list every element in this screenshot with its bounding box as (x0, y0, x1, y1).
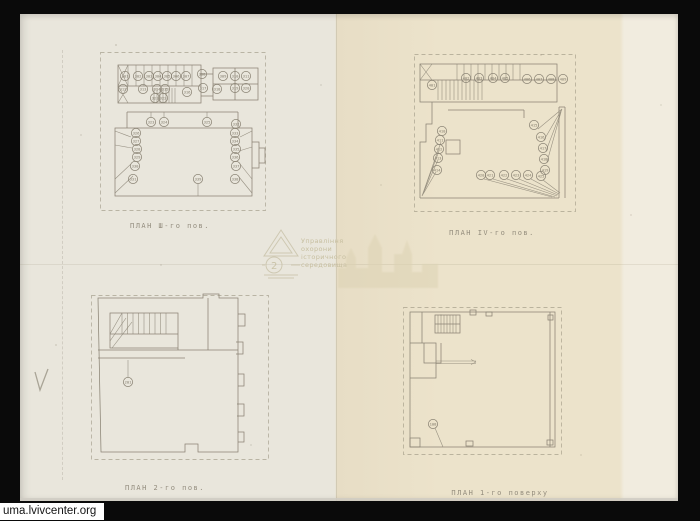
floor-plan-1st-floor-drawing: 108 (400, 300, 580, 462)
room-number: 425 (538, 173, 545, 178)
right-fan-leaders (239, 131, 252, 193)
plan-2nd-floor-caption: ПЛАН 2-го пов. (105, 484, 225, 492)
room-number: 401 (429, 82, 437, 87)
room-number: 309 (220, 73, 228, 78)
room-number: 330 (132, 163, 140, 168)
room-number: 402 (463, 75, 470, 80)
entry-bay (252, 142, 265, 168)
room-number: 338 (232, 176, 240, 181)
plan-walls (410, 310, 555, 447)
room-number: 311 (243, 73, 251, 78)
room-number: 324 (161, 119, 169, 124)
room-number: 315 (162, 86, 169, 91)
room-number: 408 (548, 76, 556, 81)
scan-viewport: 3013023033043053063073083093103113123133… (0, 0, 700, 521)
room-number: 421 (487, 172, 495, 177)
room-number: 409 (560, 76, 568, 81)
room-number: 414 (434, 167, 442, 172)
room-number: 422 (501, 172, 508, 177)
archive-watermark: uma.lvivcenter.org (0, 503, 104, 520)
room-number: 334 (232, 138, 240, 143)
room-number: 337 (233, 163, 240, 168)
room-number: 412 (436, 146, 443, 151)
room-number: 404 (490, 75, 498, 80)
room-number: 327 (133, 138, 140, 143)
floor-plan-4th-floor-drawing: 4014024034044054064074084094104114124134… (412, 52, 584, 220)
room-number: 314 (154, 86, 162, 91)
bottom-fan-leaders (484, 179, 560, 197)
room-number: 323 (148, 119, 155, 124)
room-number: 304 (155, 73, 163, 78)
floor-plan-1st-floor: 108 (400, 300, 580, 462)
floor-plan-4th-floor: 4014024034044054064074084094104114124134… (412, 52, 584, 220)
floor-plan-2nd-floor: 201 (88, 292, 273, 467)
room-number-markers: 108 (428, 419, 437, 428)
plan-dashed-border (404, 308, 562, 455)
room-number: 331 (130, 176, 138, 181)
room-number: 328 (134, 146, 142, 151)
room-number: 413 (435, 155, 442, 160)
room-number: 319 (232, 85, 240, 90)
room-number-markers: 3013023033043053063073083093103113123133… (118, 69, 250, 183)
room-number: 406 (524, 76, 532, 81)
room-number: 403 (476, 75, 483, 80)
winder-steps (110, 313, 132, 348)
room-number: 320 (243, 85, 251, 90)
room-number: 415 (531, 122, 538, 127)
stamp-numeral: 2 (271, 261, 277, 272)
room-number: 325 (204, 119, 211, 124)
heritage-office-stamp-icon: 2 (260, 226, 302, 280)
floor-plan-3rd-floor: 3013023033043053063073083093103113123133… (98, 48, 270, 216)
room-number: 333 (232, 130, 239, 135)
margin-guide-line (62, 50, 63, 480)
stair-hatch (438, 80, 482, 100)
plan-4th-floor-caption: ПЛАН ІV-го пов. (432, 229, 552, 237)
left-fan-leaders (115, 131, 133, 193)
stair-hatch (438, 315, 456, 333)
room-number: 332 (233, 121, 240, 126)
room-number: 313 (140, 86, 147, 91)
right-wall-bays (236, 314, 245, 442)
paper-speckles (20, 14, 22, 16)
cross-brace-hatch (420, 64, 432, 80)
floor-plan-2nd-floor-drawing: 201 (88, 292, 273, 467)
room-number: 322 (160, 95, 167, 100)
room-number: 312 (120, 86, 127, 91)
room-number: 420 (478, 172, 486, 177)
plan-walls (98, 294, 245, 452)
room-number: 407 (536, 76, 543, 81)
plan-3rd-floor-caption: ПЛАН Ш-го пов. (110, 222, 230, 230)
stair-hatch (122, 313, 166, 334)
handwritten-v-mark (33, 368, 51, 394)
room-number: 418 (541, 156, 549, 161)
room-number-markers: 4014024034044054064074084094104114124134… (427, 73, 567, 180)
room-number: 416 (538, 134, 546, 139)
room-number-markers: 201 (123, 377, 132, 386)
room-number: 417 (540, 145, 547, 150)
room-number: 321 (152, 95, 160, 100)
room-number: 308 (199, 71, 207, 76)
leader-line (435, 428, 443, 447)
room-number: 424 (525, 172, 533, 177)
room-number: 329 (134, 154, 142, 159)
scanned-sheet: 3013023033043053063073083093103113123133… (20, 14, 678, 501)
room-number: 423 (513, 172, 520, 177)
room-number: 316 (184, 89, 192, 94)
room-number: 326 (133, 130, 141, 135)
room-number: 305 (164, 73, 171, 78)
cross-brace-hatch (118, 65, 128, 103)
room-number: 303 (146, 73, 153, 78)
room-number: 410 (439, 128, 447, 133)
floor-plan-3rd-floor-drawing: 3013023033043053063073083093103113123133… (98, 48, 270, 216)
plan-1st-floor-caption: ПЛАН 1-го поверху (430, 489, 570, 497)
room-number: 318 (214, 86, 222, 91)
room-number: 405 (502, 75, 509, 80)
corridor-arrow (436, 360, 476, 365)
room-number: 335 (233, 146, 240, 151)
room-number: 201 (125, 379, 133, 384)
room-number: 302 (135, 73, 142, 78)
city-silhouette-watermark (338, 226, 438, 288)
room-number: 307 (183, 73, 190, 78)
room-number: 411 (437, 137, 445, 142)
room-number: 310 (232, 73, 240, 78)
room-number: 317 (200, 85, 207, 90)
room-number: 301 (122, 73, 130, 78)
room-number: 336 (232, 154, 240, 159)
room-number: 108 (430, 421, 438, 426)
room-number: 306 (173, 73, 181, 78)
room-number: 339 (195, 176, 203, 181)
